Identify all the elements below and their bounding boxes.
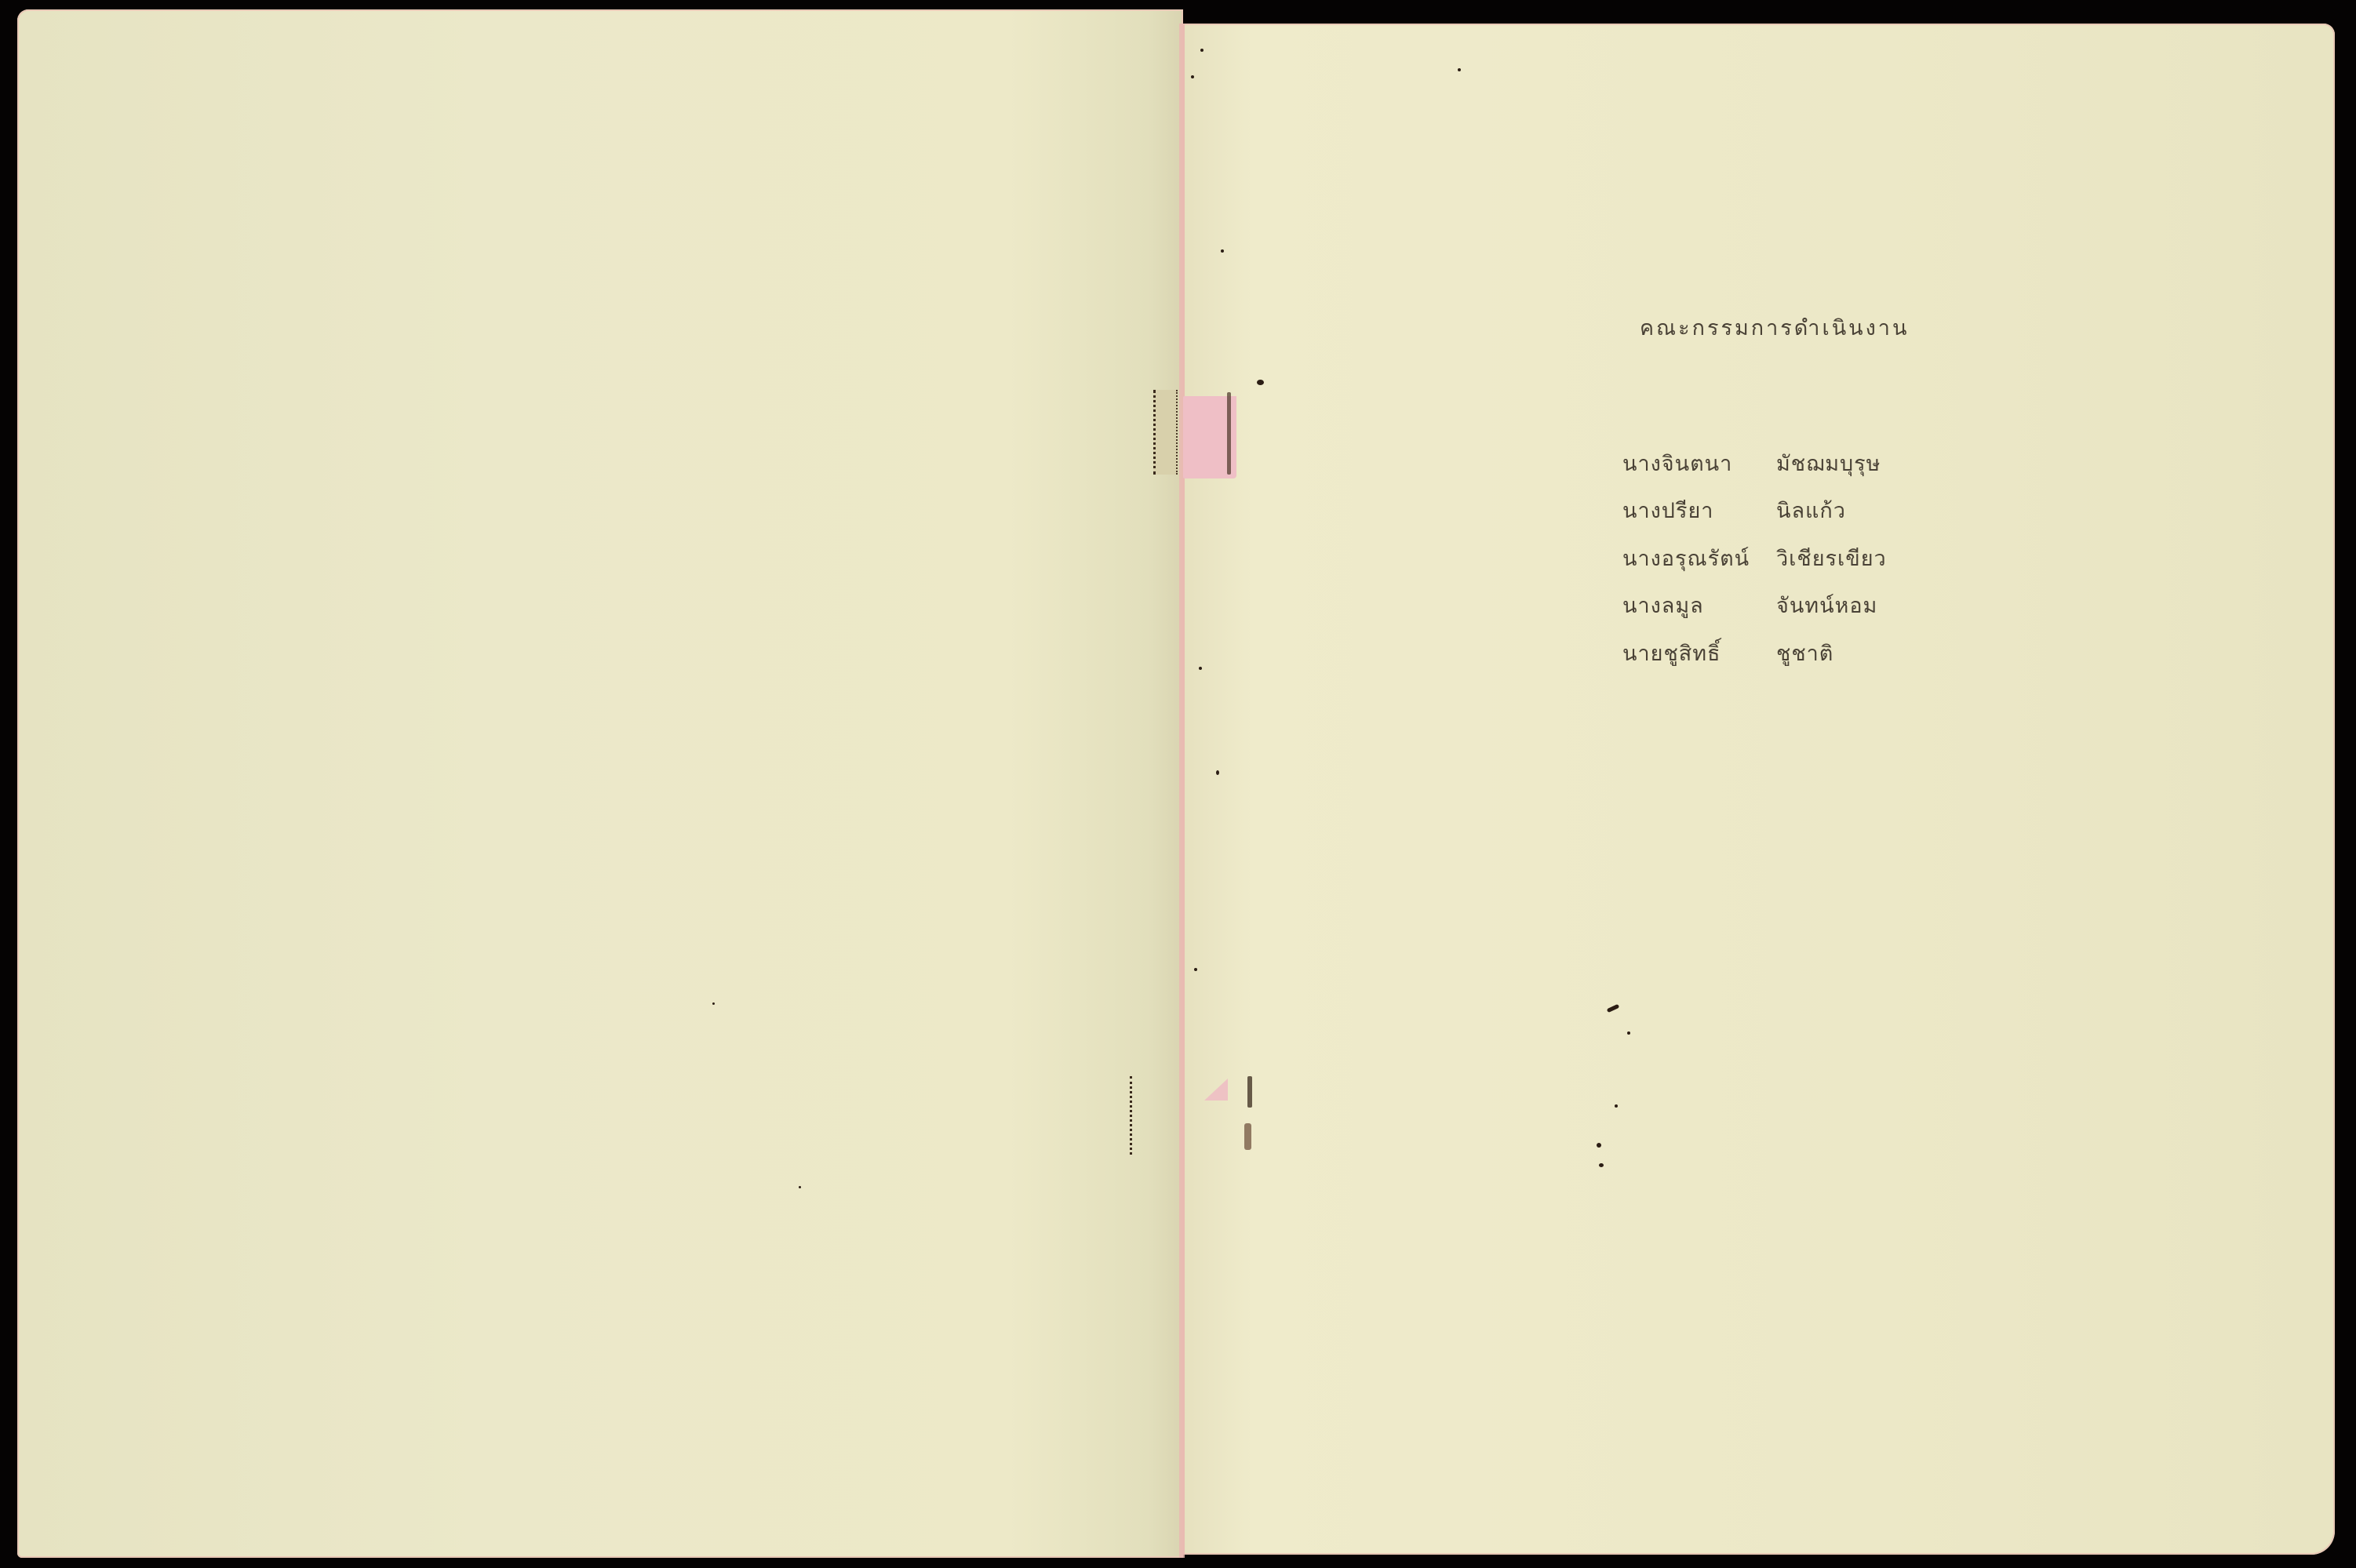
staple-hole-mark [1247, 1076, 1252, 1108]
book-spine [1179, 24, 1185, 1558]
paper-speck [1194, 968, 1197, 971]
member-row: นางปรียา นิลแก้ว [1622, 487, 1887, 535]
right-page [1183, 24, 2335, 1555]
paper-speck [1199, 667, 1202, 670]
member-given-name: นางจินตนา [1622, 446, 1776, 480]
member-given-name: นางอรุณรัตน์ [1622, 541, 1776, 575]
member-given-name: นางปรียา [1622, 493, 1776, 527]
member-family-name: นิลแก้ว [1776, 493, 1846, 527]
spine-tape-fragment [1204, 1079, 1228, 1101]
staple-hole-mark [1244, 1123, 1251, 1150]
paper-speck [1216, 770, 1219, 775]
staple-mark-bottom [1130, 1076, 1153, 1155]
member-family-name: วิเชียรเขียว [1776, 541, 1887, 575]
paper-speck [1191, 75, 1194, 78]
member-row: นางลมูล จันทน์หอม [1622, 582, 1887, 630]
paper-speck [799, 1186, 801, 1188]
committee-member-list: นางจินตนา มัชฌมบุรุษ นางปรียา นิลแก้ว นา… [1622, 439, 1887, 677]
paper-speck [1627, 1031, 1630, 1035]
member-family-name: จันทน์หอม [1776, 588, 1877, 622]
paper-speck [1257, 380, 1264, 385]
member-given-name: นายชูสิทธิ์ [1622, 636, 1776, 670]
member-row: นางจินตนา มัชฌมบุรุษ [1622, 439, 1887, 487]
paper-speck [1615, 1104, 1618, 1108]
paper-speck [712, 1002, 715, 1005]
staple-mark-top [1153, 390, 1178, 475]
committee-title: คณะกรรมการดำเนินงาน [1640, 311, 1909, 344]
member-family-name: ชูชาติ [1776, 636, 1833, 670]
paper-speck [1599, 1163, 1604, 1167]
left-page [17, 9, 1183, 1558]
member-family-name: มัชฌมบุรุษ [1776, 446, 1881, 480]
staple-hole-mark [1227, 392, 1231, 475]
paper-speck [1458, 68, 1461, 71]
paper-speck [1597, 1143, 1601, 1148]
member-row: นางอรุณรัตน์ วิเชียรเขียว [1622, 534, 1887, 582]
paper-speck [1221, 249, 1224, 253]
paper-speck [1200, 49, 1203, 52]
member-row: นายชูสิทธิ์ ชูชาติ [1622, 629, 1887, 677]
member-given-name: นางลมูล [1622, 588, 1776, 622]
